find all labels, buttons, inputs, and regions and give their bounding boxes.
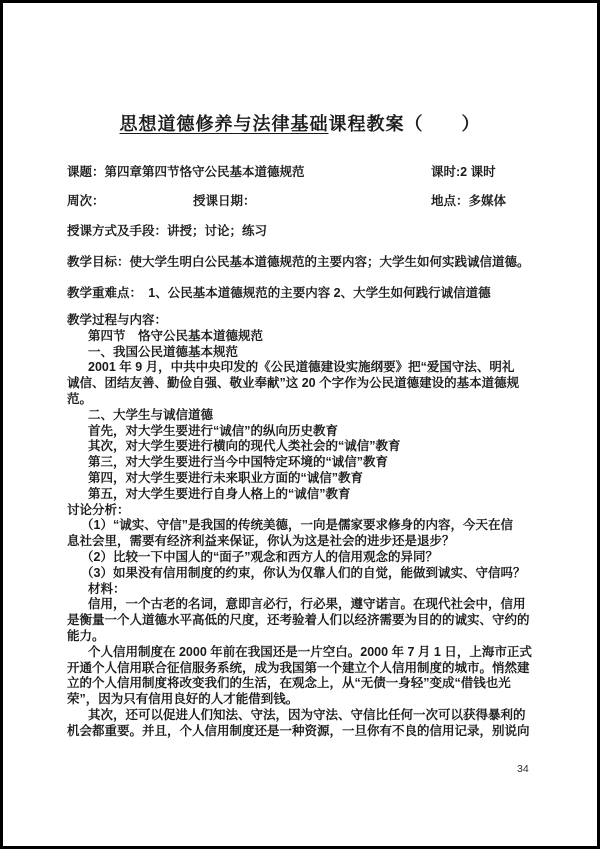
hours-field: 课时:2 课时 bbox=[431, 162, 496, 180]
body-line: 是衡量一个人道德水平高低的尺度，还考验着人们以经济需要为目的的诚实、守约的 bbox=[67, 613, 557, 629]
body-line: （2）比较一下中国人的“面子”观念和西方人的信用观念的异同？ bbox=[67, 550, 557, 566]
body-line: 首先，对大学生要进行“诚信”的纵向历史教育 bbox=[67, 424, 557, 440]
title-suffix: 课程教案（ ） bbox=[329, 114, 481, 134]
body-line: 信用，一个古老的名词，意即言必行，行必果，遵守诺言。在现代社会中，信用 bbox=[67, 597, 557, 613]
body-line: 立的个人信用制度将改变我们的生活，在观念上，从“无债一身轻”变成“借钱也光 bbox=[67, 676, 557, 692]
page-number: 34 bbox=[517, 763, 529, 775]
body-line: 第四节 恪守公民基本道德规范 bbox=[67, 329, 557, 345]
body-line: 开通个人信用联合征信服务系统，成为我国第一个建立个人信用制度的城市。悄然建 bbox=[67, 661, 557, 677]
body-line: （1）“诚实、守信”是我国的传统美德，一向是儒家要求修身的内容，今天在信 bbox=[67, 518, 557, 534]
document-page: 思想道德修养与法律基础课程教案（ ） 课题：第四章第四节恪守公民基本道德规范 课… bbox=[0, 0, 600, 849]
title-course-name: 思想道德修养与法律基础 bbox=[120, 114, 329, 134]
body-line: 二、大学生与诚信道德 bbox=[67, 408, 557, 424]
body-line: 讨论分析： bbox=[67, 503, 557, 519]
body-line: 诚信、团结友善、勤俭自强、敬业奉献”这 20 个字作为公民道德建设的基本道德规 bbox=[67, 376, 557, 392]
body-line: 第四，对大学生要进行未来职业方面的“诚信”教育 bbox=[67, 471, 557, 487]
page-title: 思想道德修养与法律基础课程教案（ ） bbox=[3, 110, 597, 136]
body-line: 其次，还可以促进人们知法、守法，因为守法、守信比任何一次可以获得暴利的 bbox=[67, 708, 557, 724]
body-line: 能力。 bbox=[67, 629, 557, 645]
body-line: 材料： bbox=[67, 582, 557, 598]
body-line: 息社会里，需要有经济利益来保证，你认为这是社会的进步还是退步？ bbox=[67, 534, 557, 550]
body-line: 个人信用制度在 2000 年前在我国还是一片空白。2000 年 7 月 1 日，… bbox=[67, 645, 557, 661]
body-line: 其次，对大学生要进行横向的现代人类社会的“诚信”教育 bbox=[67, 439, 557, 455]
body-line: 机会都重要。并且，个人信用制度还是一种资源，一旦你有不良的信用记录，别说向 bbox=[67, 724, 557, 740]
body-line: 荣”，因为只有信用良好的人才能借到钱。 bbox=[67, 692, 557, 708]
lesson-content: 教学过程与内容： 第四节 恪守公民基本道德规范 一、我国公民道德基本规范 200… bbox=[67, 313, 557, 740]
body-line: 范。 bbox=[67, 392, 557, 408]
location-field: 地点：多媒体 bbox=[431, 191, 506, 209]
body-line: （3）如果没有信用制度的约束，你认为仅靠人们的自觉，能做到诚实、守信吗？ bbox=[67, 566, 557, 582]
objective-field: 教学目标：使大学生明白公民基本道德规范的主要内容；大学生如何实践诚信道德。 bbox=[67, 252, 530, 270]
subject-field: 课题：第四章第四节恪守公民基本道德规范 bbox=[67, 162, 305, 180]
key-points-field: 教学重难点： 1、公民基本道德规范的主要内容 2、大学生如何践行诚信道德 bbox=[67, 283, 491, 301]
body-line: 2001 年 9 月，中共中央印发的《公民道德建设实施纲要》把“爱国守法、明礼 bbox=[67, 360, 557, 376]
week-label: 周次： bbox=[67, 191, 105, 209]
body-line: 教学过程与内容： bbox=[67, 313, 557, 329]
date-label: 授课日期： bbox=[193, 191, 256, 209]
method-field: 授课方式及手段：讲授；讨论；练习 bbox=[67, 221, 267, 239]
body-line: 第五，对大学生要进行自身人格上的“诚信”教育 bbox=[67, 487, 557, 503]
body-line: 一、我国公民道德基本规范 bbox=[67, 345, 557, 361]
body-line: 第三，对大学生要进行当今中国特定环境的“诚信”教育 bbox=[67, 455, 557, 471]
